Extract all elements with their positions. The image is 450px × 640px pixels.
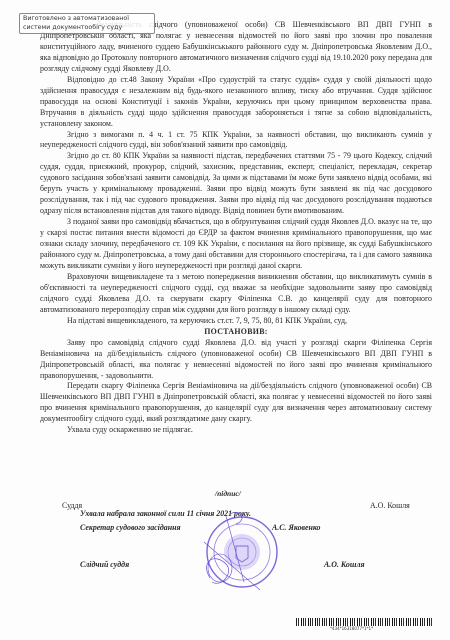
judge-name: А.О. Кошля [370,501,410,510]
secretary-label: Секретар судового засідання [80,523,181,532]
court-seal-stamp-icon [200,512,280,592]
resolution-heading: ПОСТАНОВИВ: [40,327,432,338]
paragraph-law-article-48: Відповідно до ст.48 Закону України «Про … [40,75,432,130]
investigating-judge-name: А.О. Кошля [324,560,365,569]
document-body: бездіяльність слідчого (уповноваженої ос… [40,20,432,436]
barcode-text: *434*16318077*1*1* [330,626,373,631]
paragraph-article-75: Згідно з вимогами п. 4 ч. 1 ст. 75 КПК У… [40,130,432,152]
system-label-line2: системи документообігу суду [23,24,151,33]
document-page: Виготовлено з автоматизованої системи до… [0,0,450,640]
paragraph-basis: На підставі вищевикладеного, та керуючис… [40,316,432,327]
paragraph-article-80: Згідно до ст. 80 КПК України за наявност… [40,151,432,217]
barcode [296,618,432,626]
resolution-item-2: Передати скаргу Філіпенка Сергія Веніамі… [40,381,432,425]
system-label-line1: Виготовлено з автоматизованої [23,15,151,24]
resolution-item-1: Заяву про самовідвід слідчого судді Яков… [40,338,432,382]
signature-mark: /підпис/ [215,489,241,498]
paragraph-self-recusal: З поданої заяви про самовідвід вбачаєтьс… [40,217,432,272]
resolution-item-3: Ухвала суду оскарженню не підлягає. [40,425,432,436]
paragraph-considering: Враховуючи вищевикладене та з метою попе… [40,272,432,316]
investigating-judge-label: Слідчий суддя [80,560,129,569]
system-generated-label: Виготовлено з автоматизованої системи до… [19,13,155,34]
